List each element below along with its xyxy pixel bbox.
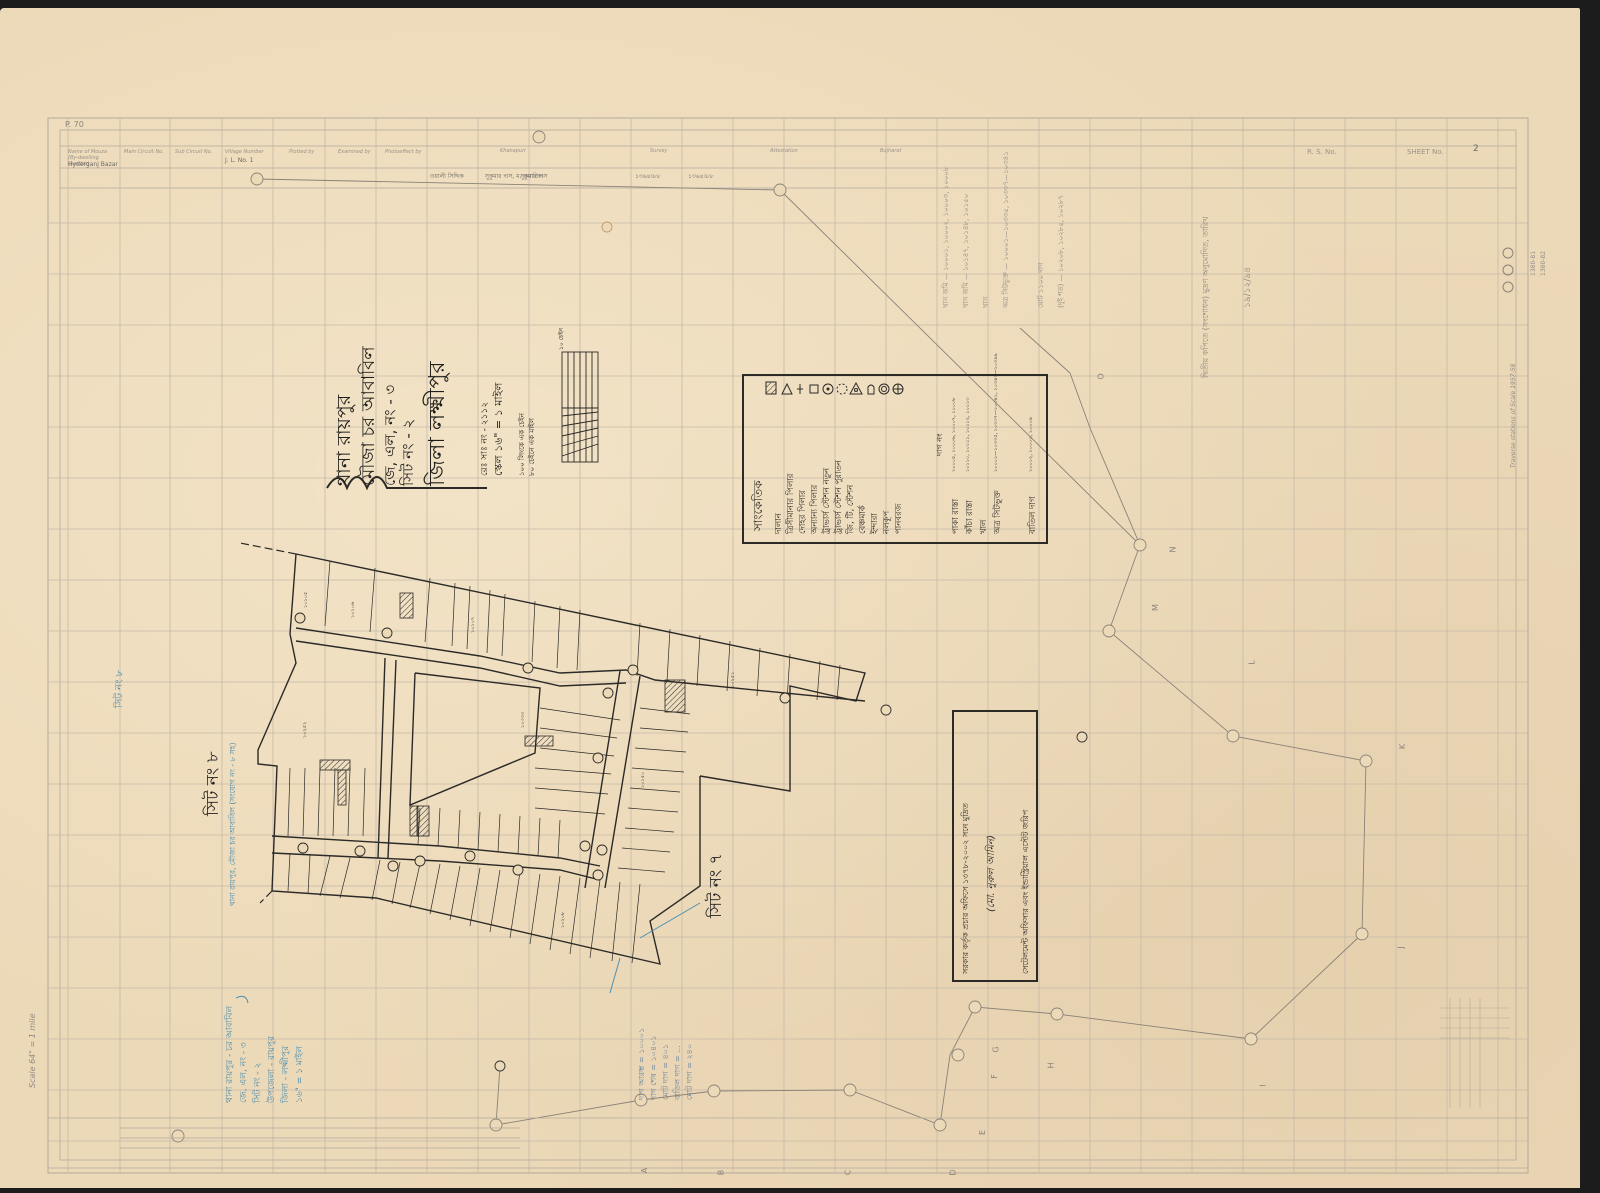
header-plotted-by-label: Plotted by (289, 149, 314, 155)
station-label-M: M (1151, 604, 1160, 611)
header-mouza-value: Hyderganj Bazar (68, 161, 118, 168)
district-label: জিলা লক্ষ্মীপুর (420, 361, 457, 486)
group-header-attestation: Attestation (770, 148, 798, 154)
header-value-survey-2: ১৩৬৪।৮৮ (688, 171, 714, 182)
blue-note-line: সিট নং - ২ (250, 1063, 265, 1103)
plot-number: ১০১০৭ (470, 617, 478, 633)
header-value-khanapuri: সুকুমার দাস (520, 171, 547, 182)
certificate-line-3: সেটেলমেন্ট অফিসার এবং ইন্ডাস্ট্রিয়াল এস… (1020, 810, 1033, 974)
station-label-N: N (1168, 547, 1177, 553)
legend-item-cancelled-plots: বাতিল দাগ (1026, 496, 1040, 534)
plot-number: ১০৩৩৩ (520, 712, 528, 728)
legend-title: সাংকেতিক (750, 480, 770, 531)
pencil-note: ১৯/১২/৯৪ (1240, 267, 1255, 308)
legend-value-cancelled-plots: ১০০০২, ১০০০৩, ১০০০৪ (1028, 417, 1036, 472)
station-label-O: O (1097, 373, 1106, 379)
legend-value-paved-road: ১০০০৫, ১০০০৬, ১০০০৭, ১০০০৮ (951, 397, 959, 472)
pencil-note: অত্র সিটভুক্ত — ১০০০১—১০৩৩৫, ১০৩৩৭—১০৩৪১ (1000, 151, 1012, 308)
header-examined-by-label: Examined by (338, 149, 371, 155)
header-value-survey-1: ১৩৬৪।৮৮ (635, 171, 661, 182)
sheet-no-label: SHEET No. (1407, 148, 1444, 156)
station-label-J: J (1397, 946, 1406, 948)
blue-note-line: জে, এল, নং - ৩ (236, 1042, 251, 1103)
bottom-label-B: B (716, 1170, 725, 1176)
station-label-E: E (978, 1130, 987, 1135)
station-label-L: L (1248, 660, 1257, 664)
adjacent-sheet-bottom: সিট নং ৭ (703, 853, 731, 918)
certificate-signature: (মো. নুরুল আমিন) (984, 835, 1001, 912)
side-number-2: 1380-82 (1540, 251, 1547, 276)
group-header-survey: Survey (650, 148, 667, 154)
plot-number: ১০২৫১ (730, 672, 738, 688)
blue-note-line: জিলা - লক্ষ্মীপুর (278, 1046, 293, 1103)
blue-note-boundary: থানা রায়পুর, মৌজা চর আবাবিল (সংযোগ নং -… (228, 742, 240, 906)
map-graphics (0, 8, 1580, 1188)
pencil-note: দ্বিতীয় কপিতে (সংশোধন) মুদ্রণ অনুমোদিত,… (1200, 217, 1213, 378)
legend-box: সাংকেতিক দালান ত্রিসীমানার পিলার দোহর পি… (742, 374, 1048, 544)
rs-no-label: R. S. No. (1307, 148, 1337, 156)
legend-item-betel-garden: পানবরজ (892, 504, 906, 534)
plot-number: ১০১০৫ (303, 592, 311, 608)
header-main-circuit-label: Main Circuit No. (124, 149, 164, 155)
plot-number: ১০১০৬ (350, 602, 358, 618)
side-number-1: 1380-81 (1530, 251, 1537, 276)
header-village-number-label: Village Number (225, 149, 264, 155)
legend-item-canal: খাল (977, 520, 991, 534)
pencil-note: খাস (980, 297, 992, 308)
station-label-F: F (990, 1074, 999, 1079)
plot-number: ১০২০৮ (560, 912, 568, 928)
blue-note-line: থানা রায়পুর - চর আবাবিল (222, 1006, 237, 1103)
bottom-label-A: A (640, 1168, 649, 1173)
adjacent-sheet-left: সিট নং ৮ (200, 751, 228, 816)
blue-note-line: ১৬" = ১ মাইল (292, 1046, 307, 1103)
certificate-line-1: সরকার কর্তৃক প্রচার অফিসে ১৩৭৮-২০০২ সনে … (960, 803, 973, 974)
pencil-note: মোট ১১০০ দাগ (1035, 262, 1047, 308)
legend-item-earthen-road: কাঁচা রাস্তা (963, 500, 977, 534)
plot-number: ১০২৫২ (302, 722, 310, 738)
plot-number: ১০১৫০ (640, 772, 648, 788)
header-village-number-value: J. L. No. 1 (225, 157, 253, 164)
map-sheet: P. 70 Name of Mouza (By-dwelling Quarter… (0, 8, 1580, 1188)
legend-item-included-plots: অত্র সিটভুক্ত (991, 490, 1005, 534)
legend-value-earthen-road: ১০১১০, ১০১১১, ১০১১২, ১০১১৩ (965, 398, 973, 472)
legend-plot-no-heading: দাগ নং (934, 433, 947, 456)
station-label-K: K (1398, 744, 1407, 749)
scale-label: স্কেল ১৬" = ১ মাইল (490, 383, 509, 477)
scale-bar-label: ১০ চেইন (556, 328, 567, 350)
legend-value-included-plots: ১০০০১—১০৩৩৫, ১০৩৩৭—১০৩৪১, ১০৩৪২—১০৩৯৯ (993, 353, 1001, 472)
summary-line: মোট দাগ = ২৪০ (684, 1044, 697, 1100)
page-ref: P. 70 (65, 120, 84, 129)
header-sub-circuit-label: Sub Circuit No. (175, 149, 212, 155)
station-label-I: I (1259, 1084, 1268, 1086)
group-header-bujharat: Bujharat (880, 148, 901, 154)
blue-note-upper-left: সিট নং ৮ (112, 670, 129, 708)
pencil-note: খাস জমি — ১০১৪৭, ১০১৪৮, ১০১৫০ (960, 194, 972, 308)
bottom-label-C: C (843, 1170, 852, 1176)
station-label-H: H (1047, 1062, 1056, 1068)
pencil-note: খাস জমি — ১০০০১, ১০০০২, ১০০০৩, ১০০০৮ (940, 167, 952, 308)
blue-note-line: উপজেলা - রায়পুর (264, 1036, 279, 1103)
sheet-no-bn-label: সিট নং - ২ (397, 419, 422, 486)
header-value-kanungo: ওয়ালী সিদ্দিক (430, 171, 464, 182)
bottom-label-D: D (949, 1169, 958, 1175)
traverse-station-note: Traverse stations of Scale 1957-58 (1510, 364, 1517, 468)
legend-item-paved-road: পাকা রাস্তা (949, 499, 963, 534)
certificate-box: সরকার কর্তৃক প্রচার অফিসে ১৩৭৮-২০০২ সনে … (952, 710, 1038, 982)
pencil-note: (দুই শত) — ১০২০৮, ১০২৮৫, ১০২৮৭ (1055, 195, 1067, 308)
header-photo-label: Photoeffect by (385, 149, 421, 155)
group-header-khanapuri: Khanapuri (500, 148, 526, 154)
sheet-no-value: 2 (1473, 144, 1479, 154)
chain-note-2: ৮০ চেইনে এক মাইল (526, 418, 538, 476)
legend-symbols (764, 378, 914, 398)
scale-note-left: Scale 64" = 1 mile (28, 1013, 37, 1088)
station-label-G: G (992, 1046, 1001, 1052)
